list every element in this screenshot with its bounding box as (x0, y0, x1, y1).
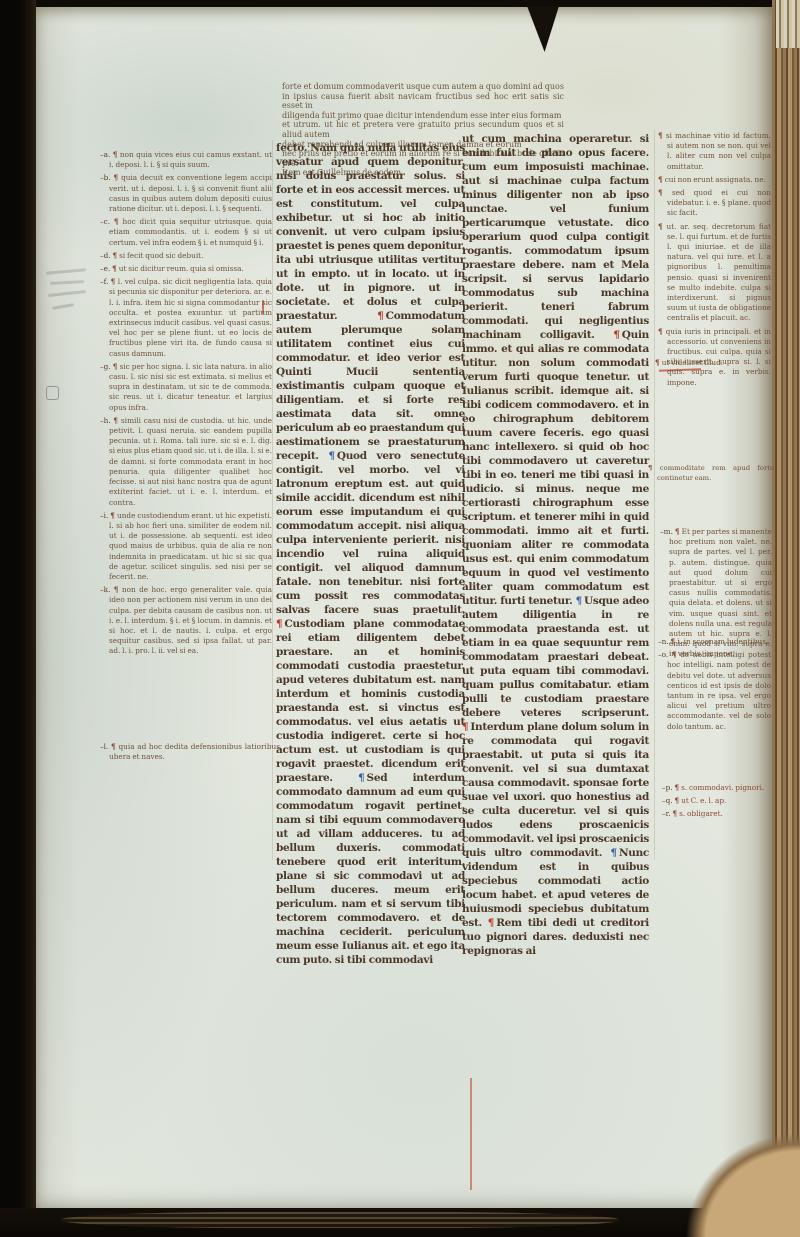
gloss-entry: –p. ¶ s. commodavi. pignori. (662, 783, 772, 793)
gloss-paraph-mark: ¶ (113, 416, 121, 425)
gloss-line: diligenda fuit primo quae dicitur intend… (282, 111, 564, 121)
gloss-paraph-mark: ¶ (111, 277, 118, 286)
text-segment: ut cum machina operaretur. si enim fuit … (462, 133, 649, 341)
gloss-entry-label: –c. (100, 217, 114, 226)
text-segment: Quin immo. et qui alias re commodata uti… (462, 329, 649, 607)
gloss-paraph-mark: ¶ (114, 585, 122, 594)
gloss-entry: –f. ¶ l. vel culpa. sic dicit negligenti… (100, 277, 272, 359)
gloss-text: ut C. e. l. ap. (681, 796, 726, 805)
gloss-entry-label: –a. (100, 150, 113, 159)
text-segment: Commodatum autem plerumque solam utilita… (276, 310, 465, 462)
gloss-text: l. vel culpa. sic dicit negligentia lata… (109, 277, 272, 357)
gloss-paraph-mark: ¶ (648, 464, 660, 472)
gloss-paraph-mark: ¶ (658, 175, 665, 184)
gloss-entry-label: –d. (100, 251, 112, 260)
page-stack-top-corner (776, 0, 800, 48)
gloss-paraph-mark: ¶ (675, 527, 682, 536)
gloss-text: commoditate rem apud forte continetur ea… (657, 464, 774, 482)
gloss-entry-label: –h. (100, 416, 113, 425)
page-stack-fore-edge (772, 0, 800, 1237)
gloss-text: non quia vices eius cui camus exstant. u… (109, 150, 272, 169)
gloss-entry: –i. ¶ unde custodiendum erant. ut hic ex… (100, 511, 272, 582)
text-segment: Interdum plane dolum solum in re commoda… (462, 721, 649, 859)
gloss-entry: –e. ¶ ut sic dicitur reum. quia si omiss… (100, 264, 272, 274)
gloss-entry: –h. ¶ simili casu nisi de custodia. ut h… (100, 416, 272, 508)
gloss-entry-label: –o. (658, 650, 672, 659)
gloss-entry-label: –q. (662, 796, 674, 805)
gloss-paraph-mark: ¶ (658, 131, 666, 140)
gloss-paraph-mark: ¶ (658, 188, 672, 197)
main-text-column-right: ut cum machina operaretur. si enim fuit … (462, 132, 649, 858)
gloss-paraph-mark: ¶ (113, 150, 120, 159)
gloss-entry: ¶ ut videlicet illud. (655, 358, 773, 368)
gloss-entry: –c. ¶ hoc dicit quia sequitur utriusque.… (100, 217, 272, 248)
left-marginal-gloss: –a. ¶ non quia vices eius cui camus exst… (100, 150, 272, 660)
gloss-paraph-mark: ¶ (113, 362, 120, 371)
gloss-entry: –q. ¶ ut C. e. l. ap. (662, 796, 772, 806)
gloss-text: unde custodiendum erant. ut hic expetist… (109, 511, 272, 581)
gloss-entry-label: –b. (100, 173, 113, 182)
gloss-text: de nebis intelligi potest hoc intelligi.… (667, 650, 771, 730)
gloss-entry: –a. ¶ non quia vices eius cui camus exst… (100, 150, 272, 170)
gloss-paraph-mark: ¶ (111, 742, 119, 751)
gloss-text: s. obligaret. (679, 809, 723, 818)
gloss-entry-label: –r. (662, 809, 672, 818)
bottom-page-edges (60, 1212, 620, 1228)
gloss-text: ut videlicet illud. (662, 358, 723, 367)
blue-paraph-mark: ¶ (611, 847, 619, 859)
gloss-entry-label: –k. (100, 585, 114, 594)
book-binding-edge (0, 0, 36, 1237)
gloss-text: sed quod ei cui non videbatur. i. e. § p… (667, 188, 771, 217)
red-paraph-mark: ¶ (488, 917, 496, 929)
gloss-text: quia iuris in principali. et in accessor… (666, 327, 771, 387)
right-marginal-note: ¶ ut videlicet illud. (655, 358, 773, 371)
red-paraph-mark: ¶ (377, 310, 385, 322)
manuscript-photograph: forte et domum commodaverit usque cum au… (0, 0, 800, 1237)
gloss-text: i. in scoenam ludentibus. (677, 637, 768, 646)
gloss-paraph-mark: ¶ (672, 650, 680, 659)
circled-margin-mark (46, 386, 59, 400)
right-marginal-gloss-top: ¶ si machinae vitio id factum. si autem … (658, 131, 771, 391)
gloss-paraph-mark: ¶ (658, 327, 666, 336)
red-paraph-mark: ¶ (613, 329, 621, 341)
ruling-line (654, 130, 655, 860)
text-segment: Sed interdum commodato damnum ad eum qui… (276, 772, 465, 966)
gloss-entry-label: –n. (658, 637, 671, 646)
gloss-entry: –l. ¶ quia ad hoc dedita defensionibus l… (100, 742, 280, 762)
red-plummet-line (470, 1078, 472, 1190)
gloss-entry: –d. ¶ si fecit quod sic debuit. (100, 251, 272, 261)
gloss-entry-label: –l. (100, 742, 111, 751)
gloss-paraph-mark: ¶ (655, 358, 662, 367)
gloss-entry: ¶ commoditate rem apud forte continetur … (648, 463, 774, 483)
gloss-entry: –k. ¶ non de hoc. ergo generaliter vale.… (100, 585, 272, 656)
right-marginal-gloss-entries-no: –n. ¶ i. in scoenam ludentibus.–o. ¶ de … (658, 637, 771, 735)
gloss-text: quia ad hoc dedita defensionibus latiori… (109, 742, 280, 761)
gloss-entry: ¶ si machinae vitio id factum. si autem … (658, 131, 771, 172)
gloss-text: ut. ar. seq. decretorum fiat se. l. qui … (667, 222, 771, 323)
gloss-paraph-mark: ¶ (658, 222, 667, 231)
gloss-entry-label: –m. (660, 527, 675, 536)
right-marginal-note: ¶ commoditate rem apud forte continetur … (648, 463, 774, 486)
gloss-entry: –r. ¶ s. obligaret. (662, 809, 772, 819)
gloss-text: cui non erunt assignata. ne. (665, 175, 766, 184)
gloss-entry-label: –g. (100, 362, 113, 371)
gloss-entry-label: –e. (100, 264, 112, 273)
gloss-paraph-mark: ¶ (112, 264, 119, 273)
gloss-text: ut sic dicitur reum. quia si omissa. (119, 264, 244, 273)
gloss-paraph-mark: ¶ (114, 217, 123, 226)
gloss-line: forte et domum commodaverit usque cum au… (282, 82, 564, 92)
main-text-column-left: fecto. Nam quia nulla utilitas eius vers… (276, 141, 465, 853)
gloss-entry: –o. ¶ de nebis intelligi potest hoc inte… (658, 650, 771, 732)
gloss-text: simili casu nisi de custodia. ut hic. un… (109, 416, 272, 507)
next-page-corner-curl (672, 1120, 800, 1237)
blue-paraph-mark: ¶ (328, 450, 336, 462)
gloss-text: sic per hoc signa. l. sic lata natura. i… (109, 362, 272, 412)
gloss-text: non de hoc. ergo generaliter vale. quia … (109, 585, 272, 655)
gloss-entry: ¶ ut. ar. seq. decretorum fiat se. l. qu… (658, 222, 771, 324)
gloss-paraph-mark: ¶ (113, 173, 121, 182)
gloss-entry: –n. ¶ i. in scoenam ludentibus. (658, 637, 771, 647)
gloss-text: si machinae vitio id factum. si autem no… (666, 131, 771, 171)
gloss-text: hoc dicit quia sequitur utriusque. quia … (109, 217, 272, 246)
gloss-entry-label: –i. (100, 511, 110, 520)
gloss-entry: –g. ¶ sic per hoc signa. l. sic lata nat… (100, 362, 272, 413)
gloss-paraph-mark: ¶ (110, 511, 117, 520)
text-segment: Custodiam plane commodatae rei etiam dil… (276, 618, 465, 784)
blue-paraph-mark: ¶ (358, 772, 366, 784)
gloss-entry-label: –f. (100, 277, 111, 286)
gloss-entry-label: –p. (662, 783, 674, 792)
gloss-entry: ¶ cui non erunt assignata. ne. (658, 175, 771, 185)
gloss-text: quia decuit ex conventione legem accipi … (109, 173, 272, 213)
left-marginal-gloss-entry-l: –l. ¶ quia ad hoc dedita defensionibus l… (100, 742, 280, 765)
text-segment: fecto. Nam quia nulla utilitas eius vers… (276, 142, 465, 322)
gloss-text: s. commodavi. pignori. (681, 783, 764, 792)
blue-paraph-mark: ¶ (576, 595, 584, 607)
gloss-entry: ¶ sed quod ei cui non videbatur. i. e. §… (658, 188, 771, 219)
text-segment: Quod vero senectute contigit. vel morbo.… (276, 450, 465, 616)
gloss-text: si fecit quod sic debuit. (119, 251, 203, 260)
right-marginal-gloss-entries-pqr: –p. ¶ s. commodavi. pignori.–q. ¶ ut C. … (662, 783, 772, 823)
gloss-entry: –b. ¶ quia decuit ex conventione legem a… (100, 173, 272, 214)
text-segment: Usque adeo autem diligentia in re commod… (462, 595, 649, 719)
gloss-line: in ipsius causa fuerit absit navicam fru… (282, 92, 564, 111)
